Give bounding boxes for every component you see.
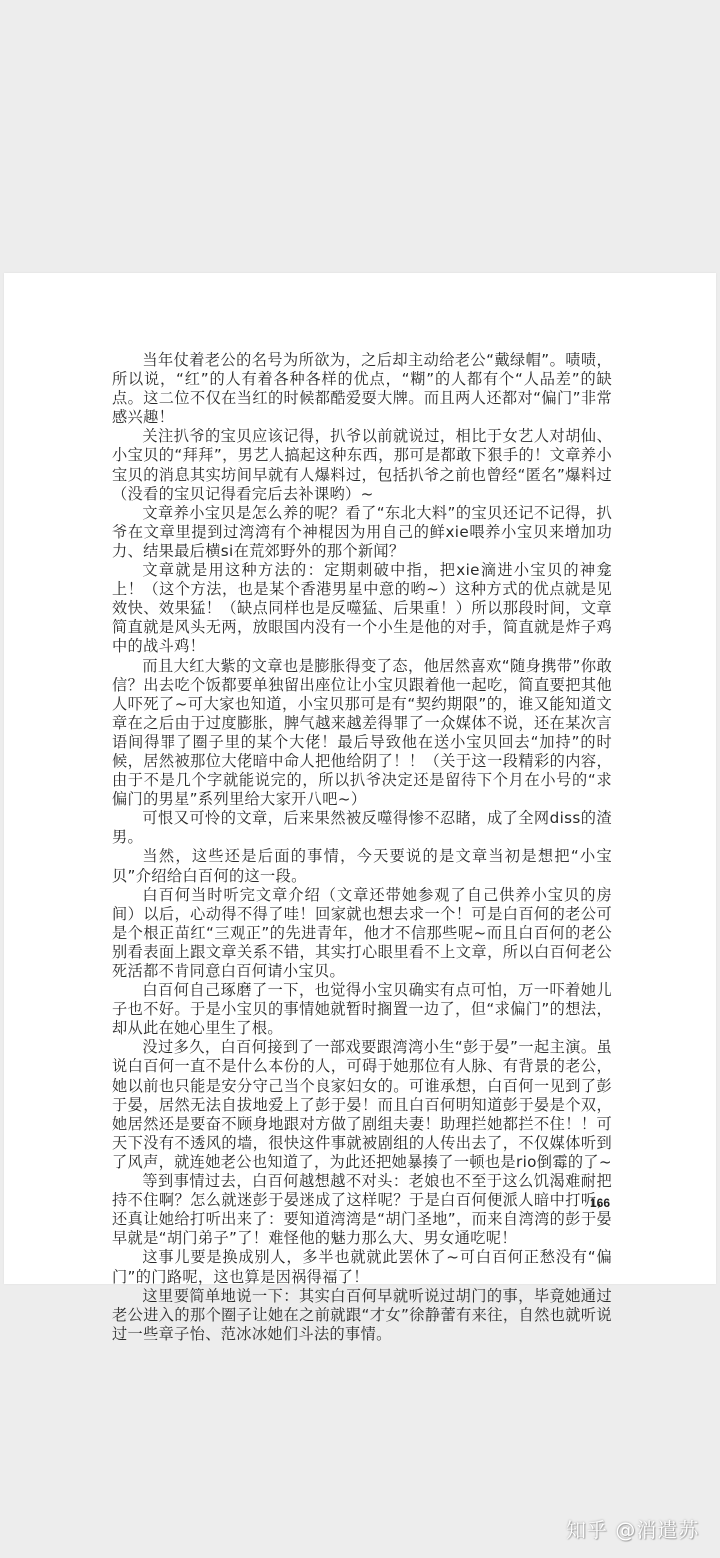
body-text: 当年仗着老公的名号为所欲为，之后却主动给老公“戴绿帽”。啧啧，所以说，“红”的人… [112,351,612,1344]
paragraph: 等到事情过去，白百何越想越不对头：老娘也不至于这么饥渴难耐把持不住啊？怎么就迷彭… [112,1172,612,1248]
paragraph: 可恨又可怜的文章，后来果然被反噬得惨不忍睹，成了全网diss的渣男。 [112,809,612,847]
paragraph: 关注扒爷的宝贝应该记得，扒爷以前就说过，相比于女艺人对胡仙、小宝贝的“拜拜”，男… [112,427,612,503]
paragraph: 白百何自己琢磨了一下，也觉得小宝贝确实有点可怕，万一吓着她儿子也不好。于是小宝贝… [112,981,612,1038]
paragraph: 没过多久，白百何接到了一部戏要跟湾湾小生“彭于晏”一起主演。虽说白百何一直不是什… [112,1038,612,1172]
paragraph: 白百何当时听完文章介绍（文章还带她参观了自己供养小宝贝的房间）以后，心动得不得了… [112,886,612,981]
paragraph: 当然，这些还是后面的事情，今天要说的是文章当初是想把“小宝贝”介绍给白百何的这一… [112,847,612,885]
paragraph: 这事儿要是换成别人，多半也就就此罢休了~可白百何正愁没有“偏门”的门路呢，这也算… [112,1248,612,1286]
paragraph: 当年仗着老公的名号为所欲为，之后却主动给老公“戴绿帽”。啧啧，所以说，“红”的人… [112,351,612,427]
document-page: 当年仗着老公的名号为所欲为，之后却主动给老公“戴绿帽”。啧啧，所以说，“红”的人… [4,273,716,1284]
watermark: 知乎 @消遣苏 [566,1514,699,1543]
paragraph: 文章养小宝贝是怎么养的呢？看了“东北大料”的宝贝还记不记得，扒爷在文章里提到过湾… [112,504,612,561]
paragraph: 这里要简单地说一下：其实白百何早就听说过胡门的事，毕竟她通过老公进入的那个圈子让… [112,1287,612,1344]
paragraph: 而且大红大紫的文章也是膨胀得变了态，他居然喜欢“随身携带”你敢信？出去吃个饭都要… [112,657,612,810]
page-number: 166 [590,1196,610,1210]
paragraph: 文章就是用这种方法的：定期刺破中指，把xie滴进小宝贝的神龛上！（这个方法，也是… [112,561,612,656]
